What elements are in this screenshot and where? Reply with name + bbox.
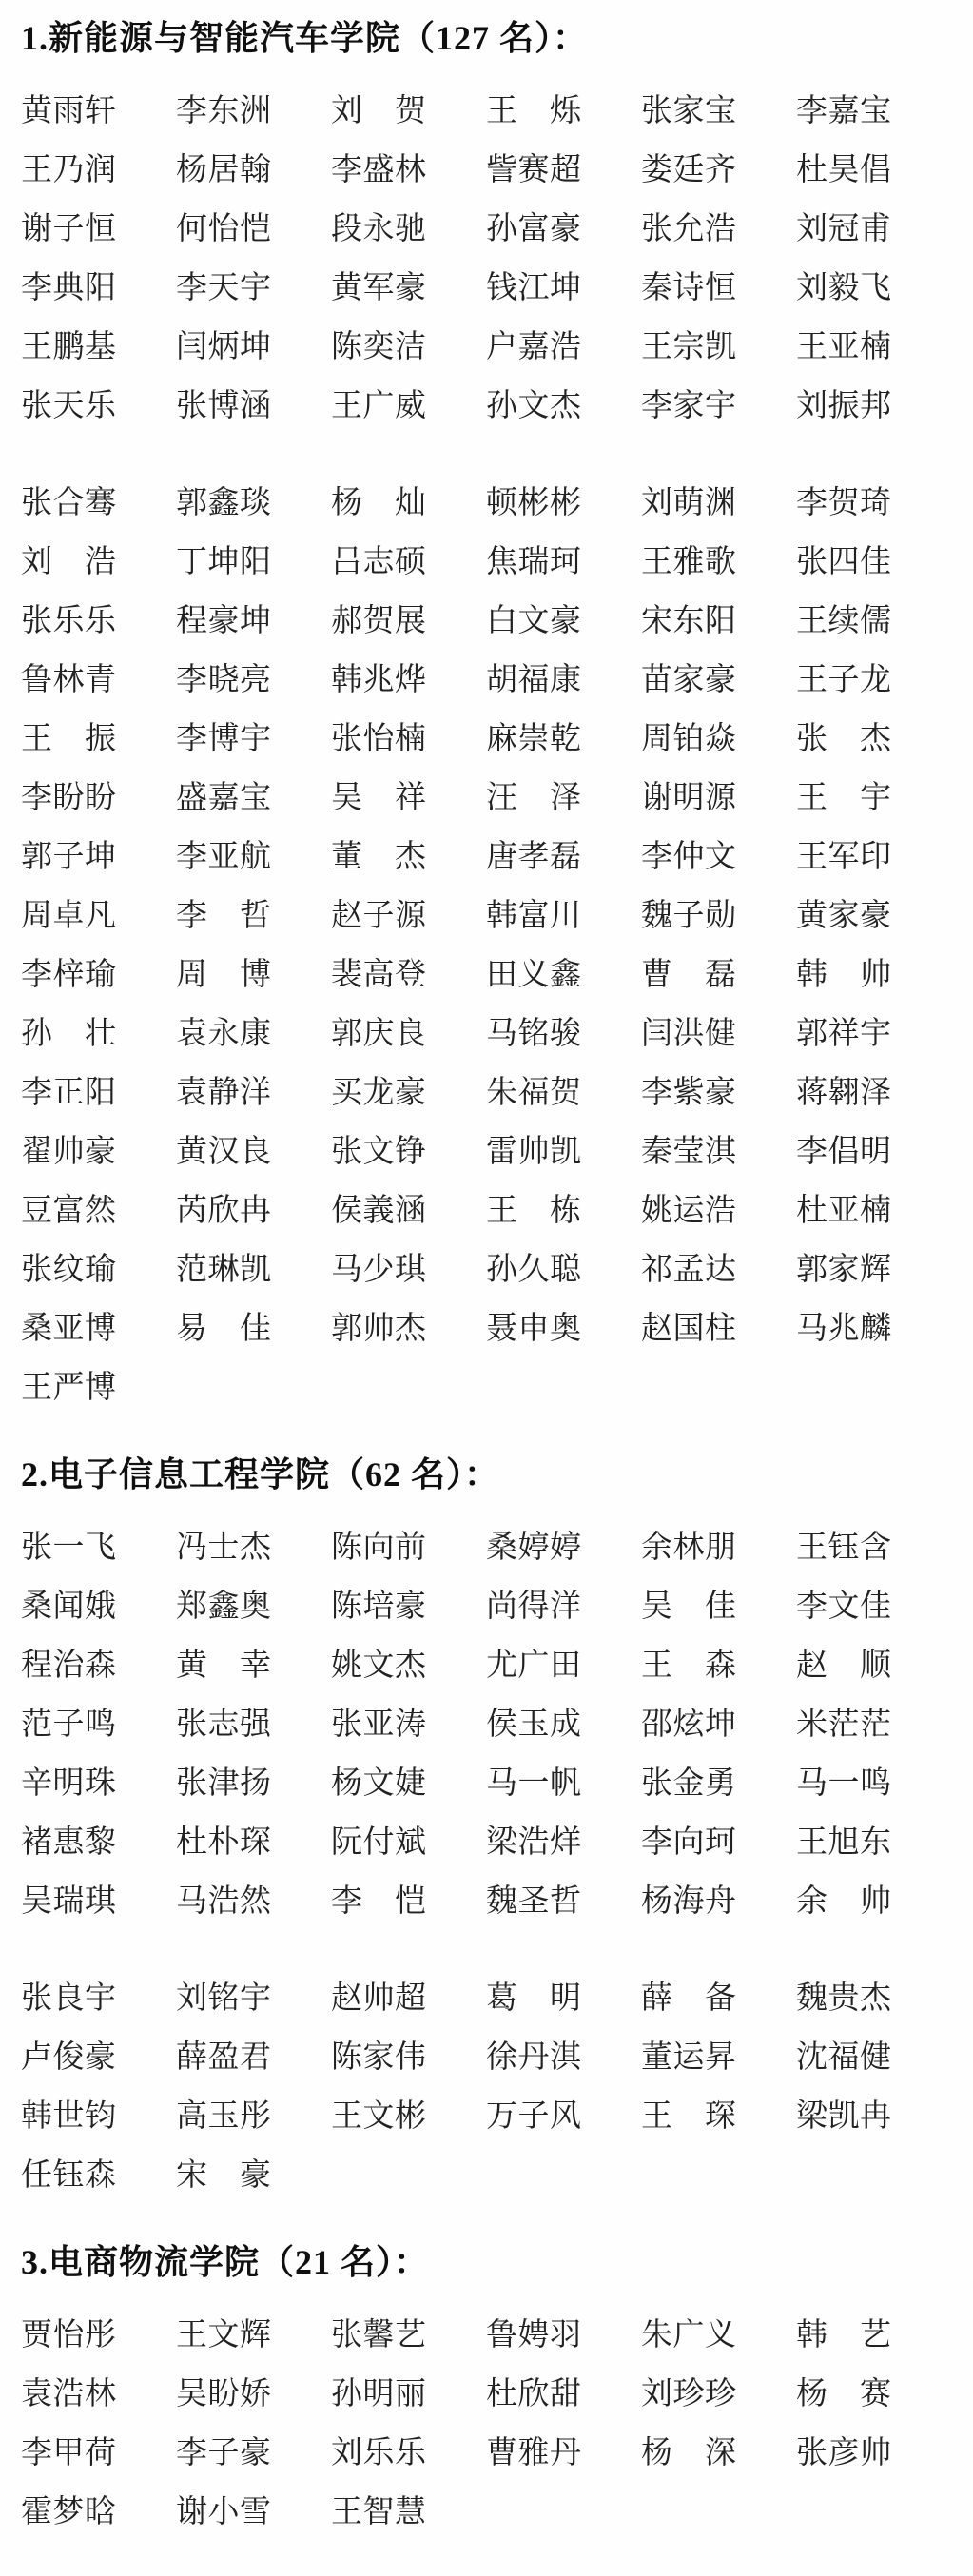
- student-name: 程治森: [21, 1640, 176, 1685]
- student-name: 侯義涵: [331, 1185, 486, 1230]
- student-name: 韩 帅: [796, 949, 951, 994]
- student-name: 李亚航: [176, 831, 331, 876]
- name-row: 范子鸣张志强张亚涛侯玉成邵炫坤米茫茫: [21, 1691, 960, 1750]
- student-name: 张乐乐: [21, 595, 176, 640]
- name-row: 张纹瑜范琳凯马少琪孙久聪祁孟达郭家辉: [21, 1237, 960, 1296]
- student-name: 訾赛超: [486, 145, 641, 189]
- student-name: 袁浩林: [21, 2369, 176, 2413]
- student-name: 李梓瑜: [21, 949, 176, 994]
- student-name: 陈奕洁: [331, 322, 486, 366]
- student-name: 吴 祥: [331, 772, 486, 817]
- name-row: 王严博: [21, 1355, 960, 1414]
- student-name: 宋 豪: [176, 2150, 331, 2195]
- student-name: 杨居翰: [176, 145, 331, 189]
- student-name: 秦莹淇: [641, 1126, 796, 1171]
- student-name: 鲁林青: [21, 654, 176, 699]
- name-row: 李甲荷李子豪刘乐乐曹雅丹杨 深张彦帅: [21, 2420, 960, 2479]
- student-name: 王军印: [796, 831, 951, 876]
- student-name: 顿彬彬: [486, 478, 641, 522]
- student-name: 杨文婕: [331, 1758, 486, 1803]
- section-heading: 2.电子信息工程学院（62 名）：: [21, 1452, 960, 1497]
- student-name: 韩世钧: [21, 2091, 176, 2136]
- student-name: 王旭东: [796, 1817, 951, 1862]
- student-name: 魏圣哲: [486, 1876, 641, 1921]
- student-name: 李博宇: [176, 713, 331, 758]
- name-group: 张良宇刘铭宇赵帅超葛 明薛 备魏贵杰卢俊豪薛盈君陈家伟徐丹淇董运昇沈福健韩世钧高…: [21, 1965, 960, 2201]
- name-row: 孙 壮袁永康郭庆良马铭骏闫洪健郭祥宇: [21, 1001, 960, 1060]
- student-name: 黄军豪: [331, 263, 486, 307]
- student-name: 马铭骏: [486, 1008, 641, 1053]
- name-group: 贾怡彤王文辉张馨艺鲁娉羽朱广义韩 艺袁浩林吴盼娇孙明丽杜欣甜刘珍珍杨 赛李甲荷李…: [21, 2302, 960, 2538]
- student-name: 汪 泽: [486, 772, 641, 817]
- student-name: 尚得洋: [486, 1581, 641, 1626]
- student-name: 杜亚楠: [796, 1185, 951, 1230]
- student-name: 陈向前: [331, 1522, 486, 1567]
- student-name: 王 琛: [641, 2091, 796, 2136]
- student-name: 唐孝磊: [486, 831, 641, 876]
- student-name: 周卓凡: [21, 890, 176, 935]
- student-name: 李子豪: [176, 2428, 331, 2472]
- name-row: 鲁林青李晓亮韩兆烨胡福康苗家豪王子龙: [21, 647, 960, 706]
- student-name: 郭鑫琰: [176, 478, 331, 522]
- student-name: 张金勇: [641, 1758, 796, 1803]
- student-name: 丁坤阳: [176, 537, 331, 581]
- student-name: 李家宇: [641, 381, 796, 425]
- college-section: 3.电商物流学院（21 名）：贾怡彤王文辉张馨艺鲁娉羽朱广义韩 艺袁浩林吴盼娇孙…: [21, 2239, 960, 2538]
- name-row: 任钰森宋 豪: [21, 2142, 960, 2201]
- student-name: 豆富然: [21, 1185, 176, 1230]
- student-name: 葛 明: [486, 1973, 641, 2018]
- student-name: 白文豪: [486, 595, 641, 640]
- name-row: 张一飞冯士杰陈向前桑婷婷余林朋王钰含: [21, 1514, 960, 1573]
- name-row: 周卓凡李 哲赵子源韩富川魏子勋黄家豪: [21, 883, 960, 942]
- student-name: 杨 深: [641, 2428, 796, 2472]
- student-name: 焦瑞珂: [486, 537, 641, 581]
- student-name: 韩富川: [486, 890, 641, 935]
- student-name: 郭家辉: [796, 1244, 951, 1289]
- name-row: 李盼盼盛嘉宝吴 祥汪 泽谢明源王 宇: [21, 765, 960, 824]
- student-name: 刘 浩: [21, 537, 176, 581]
- student-name-list-document: 1.新能源与智能汽车学院（127 名）：黄雨轩李东洲刘 贺王 烁张家宝李嘉宝王乃…: [0, 0, 973, 2576]
- name-row: 谢子恒何怡恺段永驰孙富豪张允浩刘冠甫: [21, 196, 960, 255]
- student-name: 谢明源: [641, 772, 796, 817]
- student-name: 蒋翱泽: [796, 1067, 951, 1112]
- student-name: 王子龙: [796, 654, 951, 699]
- student-name: 周 博: [176, 949, 331, 994]
- student-name: 王严博: [21, 1362, 176, 1407]
- name-row: 吴瑞琪马浩然李 恺魏圣哲杨海舟余 帅: [21, 1868, 960, 1927]
- student-name: 雷帅凯: [486, 1126, 641, 1171]
- student-name: 王雅歌: [641, 537, 796, 581]
- student-name: 张亚涛: [331, 1699, 486, 1744]
- student-name: 张允浩: [641, 204, 796, 248]
- student-name: 马一帆: [486, 1758, 641, 1803]
- name-row: 桑闻娥郑鑫奥陈培豪尚得洋吴 佳李文佳: [21, 1573, 960, 1632]
- student-name: 张合骞: [21, 478, 176, 522]
- student-name: 李晓亮: [176, 654, 331, 699]
- student-name: 曹 磊: [641, 949, 796, 994]
- student-name: 范琳凯: [176, 1244, 331, 1289]
- student-name: 霍梦晗: [21, 2487, 176, 2531]
- student-name: 孙富豪: [486, 204, 641, 248]
- student-name: 李典阳: [21, 263, 176, 307]
- name-row: 张合骞郭鑫琰杨 灿顿彬彬刘萌渊李贺琦: [21, 470, 960, 529]
- student-name: 张一飞: [21, 1522, 176, 1567]
- student-name: 郭祥宇: [796, 1008, 951, 1053]
- student-name: 沈福健: [796, 2032, 951, 2077]
- name-row: 程治森黄 幸姚文杰尤广田王 森赵 顺: [21, 1632, 960, 1691]
- college-section: 2.电子信息工程学院（62 名）：张一飞冯士杰陈向前桑婷婷余林朋王钰含桑闻娥郑鑫…: [21, 1452, 960, 2201]
- student-name: 闫炳坤: [176, 322, 331, 366]
- student-name: 张良宇: [21, 1973, 176, 2018]
- student-name: 刘振邦: [796, 381, 951, 425]
- student-name: 刘珍珍: [641, 2369, 796, 2413]
- student-name: 胡福康: [486, 654, 641, 699]
- student-name: 侯玉成: [486, 1699, 641, 1744]
- name-row: 张天乐张博涵王广威孙文杰李家宇刘振邦: [21, 373, 960, 432]
- student-name: 孙明丽: [331, 2369, 486, 2413]
- name-row: 郭子坤李亚航董 杰唐孝磊李仲文王军印: [21, 824, 960, 883]
- student-name: 卢俊豪: [21, 2032, 176, 2077]
- student-name: 王乃润: [21, 145, 176, 189]
- name-row: 翟帅豪黄汉良张文铮雷帅凯秦莹淇李倡明: [21, 1119, 960, 1178]
- section-heading: 1.新能源与智能汽车学院（127 名）：: [21, 15, 960, 61]
- student-name: 王宗凯: [641, 322, 796, 366]
- student-name: 李 哲: [176, 890, 331, 935]
- name-row: 豆富然芮欣冉侯義涵王 栋姚运浩杜亚楠: [21, 1178, 960, 1237]
- student-name: 郭子坤: [21, 831, 176, 876]
- name-group: 张合骞郭鑫琰杨 灿顿彬彬刘萌渊李贺琦刘 浩丁坤阳吕志硕焦瑞珂王雅歌张四佳张乐乐程…: [21, 470, 960, 1414]
- student-name: 张天乐: [21, 381, 176, 425]
- student-name: 李嘉宝: [796, 86, 951, 130]
- student-name: 李紫豪: [641, 1067, 796, 1112]
- name-group: 张一飞冯士杰陈向前桑婷婷余林朋王钰含桑闻娥郑鑫奥陈培豪尚得洋吴 佳李文佳程治森黄…: [21, 1514, 960, 1927]
- student-name: 韩 艺: [796, 2310, 951, 2354]
- student-name: 杨 灿: [331, 478, 486, 522]
- student-name: 魏贵杰: [796, 1973, 951, 2018]
- student-name: 王 森: [641, 1640, 796, 1685]
- student-name: 李盼盼: [21, 772, 176, 817]
- student-name: 贾怡彤: [21, 2310, 176, 2354]
- student-name: 余 帅: [796, 1876, 951, 1921]
- student-name: 户嘉浩: [486, 322, 641, 366]
- student-name: 袁永康: [176, 1008, 331, 1053]
- name-row: 李梓瑜周 博裴高登田义鑫曹 磊韩 帅: [21, 942, 960, 1001]
- name-row: 卢俊豪薛盈君陈家伟徐丹淇董运昇沈福健: [21, 2024, 960, 2083]
- student-name: 王 振: [21, 713, 176, 758]
- student-name: 周铂焱: [641, 713, 796, 758]
- student-name: 张纹瑜: [21, 1244, 176, 1289]
- student-name: 程豪坤: [176, 595, 331, 640]
- student-name: 秦诗恒: [641, 263, 796, 307]
- student-name: 刘毅飞: [796, 263, 951, 307]
- student-name: 董运昇: [641, 2032, 796, 2077]
- student-name: 李正阳: [21, 1067, 176, 1112]
- name-row: 桑亚博易 佳郭帅杰聂申奥赵国柱马兆麟: [21, 1296, 960, 1355]
- student-name: 董 杰: [331, 831, 486, 876]
- student-name: 杨海舟: [641, 1876, 796, 1921]
- student-name: 田义鑫: [486, 949, 641, 994]
- name-row: 王鹏基闫炳坤陈奕洁户嘉浩王宗凯王亚楠: [21, 314, 960, 373]
- student-name: 苗家豪: [641, 654, 796, 699]
- student-name: 邵炫坤: [641, 1699, 796, 1744]
- student-name: 梁浩烊: [486, 1817, 641, 1862]
- student-name: 梁凯冉: [796, 2091, 951, 2136]
- student-name: 杜昊倡: [796, 145, 951, 189]
- student-name: 吕志硕: [331, 537, 486, 581]
- student-name: 刘铭宇: [176, 1973, 331, 2018]
- student-name: 李 恺: [331, 1876, 486, 1921]
- student-name: 马浩然: [176, 1876, 331, 1921]
- student-name: 段永驰: [331, 204, 486, 248]
- student-name: 桑亚博: [21, 1303, 176, 1348]
- student-name: 袁静洋: [176, 1067, 331, 1112]
- student-name: 闫洪健: [641, 1008, 796, 1053]
- college-section: 1.新能源与智能汽车学院（127 名）：黄雨轩李东洲刘 贺王 烁张家宝李嘉宝王乃…: [21, 15, 960, 1414]
- student-name: 万子风: [486, 2091, 641, 2136]
- student-name: 阮付斌: [331, 1817, 486, 1862]
- student-name: 赵 顺: [796, 1640, 951, 1685]
- student-name: 钱江坤: [486, 263, 641, 307]
- student-name: 褚惠黎: [21, 1817, 176, 1862]
- student-name: 王智慧: [331, 2487, 486, 2531]
- student-name: 娄廷齐: [641, 145, 796, 189]
- student-name: 魏子勋: [641, 890, 796, 935]
- name-group: 黄雨轩李东洲刘 贺王 烁张家宝李嘉宝王乃润杨居翰李盛林訾赛超娄廷齐杜昊倡谢子恒何…: [21, 78, 960, 432]
- name-row: 贾怡彤王文辉张馨艺鲁娉羽朱广义韩 艺: [21, 2302, 960, 2361]
- student-name: 赵帅超: [331, 1973, 486, 2018]
- student-name: 朱广义: [641, 2310, 796, 2354]
- student-name: 杨 赛: [796, 2369, 951, 2413]
- student-name: 辛明珠: [21, 1758, 176, 1803]
- student-name: 张馨艺: [331, 2310, 486, 2354]
- student-name: 李向珂: [641, 1817, 796, 1862]
- name-row: 黄雨轩李东洲刘 贺王 烁张家宝李嘉宝: [21, 78, 960, 137]
- student-name: 薛盈君: [176, 2032, 331, 2077]
- student-name: 鲁娉羽: [486, 2310, 641, 2354]
- student-name: 马一鸣: [796, 1758, 951, 1803]
- student-name: 郝贺展: [331, 595, 486, 640]
- student-name: 李天宇: [176, 263, 331, 307]
- student-name: 桑闻娥: [21, 1581, 176, 1626]
- student-name: 余林朋: [641, 1522, 796, 1567]
- student-name: 马兆麟: [796, 1303, 951, 1348]
- student-name: 王鹏基: [21, 322, 176, 366]
- student-name: 韩兆烨: [331, 654, 486, 699]
- student-name: 杜欣甜: [486, 2369, 641, 2413]
- student-name: 姚运浩: [641, 1185, 796, 1230]
- student-name: 裴高登: [331, 949, 486, 994]
- student-name: 刘冠甫: [796, 204, 951, 248]
- student-name: 李东洲: [176, 86, 331, 130]
- student-name: 刘 贺: [331, 86, 486, 130]
- student-name: 朱福贺: [486, 1067, 641, 1112]
- student-name: 何怡恺: [176, 204, 331, 248]
- student-name: 陈家伟: [331, 2032, 486, 2077]
- student-name: 王广威: [331, 381, 486, 425]
- name-row: 辛明珠张津扬杨文婕马一帆张金勇马一鸣: [21, 1750, 960, 1809]
- section-heading: 3.电商物流学院（21 名）：: [21, 2239, 960, 2285]
- student-name: 张彦帅: [796, 2428, 951, 2472]
- student-name: 郭庆良: [331, 1008, 486, 1053]
- student-name: 冯士杰: [176, 1522, 331, 1567]
- student-name: 李贺琦: [796, 478, 951, 522]
- student-name: 张志强: [176, 1699, 331, 1744]
- student-name: 曹雅丹: [486, 2428, 641, 2472]
- student-name: 孙文杰: [486, 381, 641, 425]
- student-name: 马少琪: [331, 1244, 486, 1289]
- name-row: 张良宇刘铭宇赵帅超葛 明薛 备魏贵杰: [21, 1965, 960, 2024]
- student-name: 郭帅杰: [331, 1303, 486, 1348]
- name-row: 霍梦晗谢小雪王智慧: [21, 2479, 960, 2538]
- student-name: 盛嘉宝: [176, 772, 331, 817]
- student-name: 赵子源: [331, 890, 486, 935]
- student-name: 黄汉良: [176, 1126, 331, 1171]
- student-name: 刘萌渊: [641, 478, 796, 522]
- student-name: 李盛林: [331, 145, 486, 189]
- student-name: 麻崇乾: [486, 713, 641, 758]
- student-name: 李甲荷: [21, 2428, 176, 2472]
- student-name: 高玉彤: [176, 2091, 331, 2136]
- student-name: 王文辉: [176, 2310, 331, 2354]
- name-row: 袁浩林吴盼娇孙明丽杜欣甜刘珍珍杨 赛: [21, 2361, 960, 2420]
- student-name: 宋东阳: [641, 595, 796, 640]
- student-name: 谢子恒: [21, 204, 176, 248]
- student-name: 薛 备: [641, 1973, 796, 2018]
- student-name: 徐丹淇: [486, 2032, 641, 2077]
- student-name: 李文佳: [796, 1581, 951, 1626]
- student-name: 买龙豪: [331, 1067, 486, 1112]
- student-name: 张博涵: [176, 381, 331, 425]
- student-name: 孙 壮: [21, 1008, 176, 1053]
- student-name: 尤广田: [486, 1640, 641, 1685]
- student-name: 黄雨轩: [21, 86, 176, 130]
- student-name: 郑鑫奥: [176, 1581, 331, 1626]
- student-name: 任钰森: [21, 2150, 176, 2195]
- student-name: 王钰含: [796, 1522, 951, 1567]
- student-name: 王 栋: [486, 1185, 641, 1230]
- student-name: 黄家豪: [796, 890, 951, 935]
- student-name: 刘乐乐: [331, 2428, 486, 2472]
- student-name: 聂申奥: [486, 1303, 641, 1348]
- student-name: 黄 幸: [176, 1640, 331, 1685]
- student-name: 王 宇: [796, 772, 951, 817]
- student-name: 张家宝: [641, 86, 796, 130]
- name-row: 褚惠黎杜朴琛阮付斌梁浩烊李向珂王旭东: [21, 1809, 960, 1868]
- student-name: 米茫茫: [796, 1699, 951, 1744]
- name-row: 李正阳袁静洋买龙豪朱福贺李紫豪蒋翱泽: [21, 1060, 960, 1119]
- name-row: 张乐乐程豪坤郝贺展白文豪宋东阳王续儒: [21, 588, 960, 647]
- student-name: 王续儒: [796, 595, 951, 640]
- name-row: 李典阳李天宇黄军豪钱江坤秦诗恒刘毅飞: [21, 255, 960, 314]
- student-name: 范子鸣: [21, 1699, 176, 1744]
- student-name: 王 烁: [486, 86, 641, 130]
- student-name: 李倡明: [796, 1126, 951, 1171]
- student-name: 孙久聪: [486, 1244, 641, 1289]
- student-name: 张怡楠: [331, 713, 486, 758]
- name-row: 韩世钧高玉彤王文彬万子风王 琛梁凯冉: [21, 2083, 960, 2142]
- student-name: 吴瑞琪: [21, 1876, 176, 1921]
- name-row: 王 振李博宇张怡楠麻崇乾周铂焱张 杰: [21, 706, 960, 765]
- name-row: 王乃润杨居翰李盛林訾赛超娄廷齐杜昊倡: [21, 137, 960, 196]
- student-name: 易 佳: [176, 1303, 331, 1348]
- student-name: 王亚楠: [796, 322, 951, 366]
- student-name: 祁孟达: [641, 1244, 796, 1289]
- student-name: 张文铮: [331, 1126, 486, 1171]
- student-name: 王文彬: [331, 2091, 486, 2136]
- student-name: 吴盼娇: [176, 2369, 331, 2413]
- student-name: 赵国柱: [641, 1303, 796, 1348]
- student-name: 姚文杰: [331, 1640, 486, 1685]
- student-name: 芮欣冉: [176, 1185, 331, 1230]
- student-name: 谢小雪: [176, 2487, 331, 2531]
- student-name: 李仲文: [641, 831, 796, 876]
- student-name: 翟帅豪: [21, 1126, 176, 1171]
- name-row: 刘 浩丁坤阳吕志硕焦瑞珂王雅歌张四佳: [21, 529, 960, 588]
- student-name: 张津扬: [176, 1758, 331, 1803]
- student-name: 桑婷婷: [486, 1522, 641, 1567]
- student-name: 杜朴琛: [176, 1817, 331, 1862]
- student-name: 张 杰: [796, 713, 951, 758]
- student-name: 陈培豪: [331, 1581, 486, 1626]
- student-name: 张四佳: [796, 537, 951, 581]
- student-name: 吴 佳: [641, 1581, 796, 1626]
